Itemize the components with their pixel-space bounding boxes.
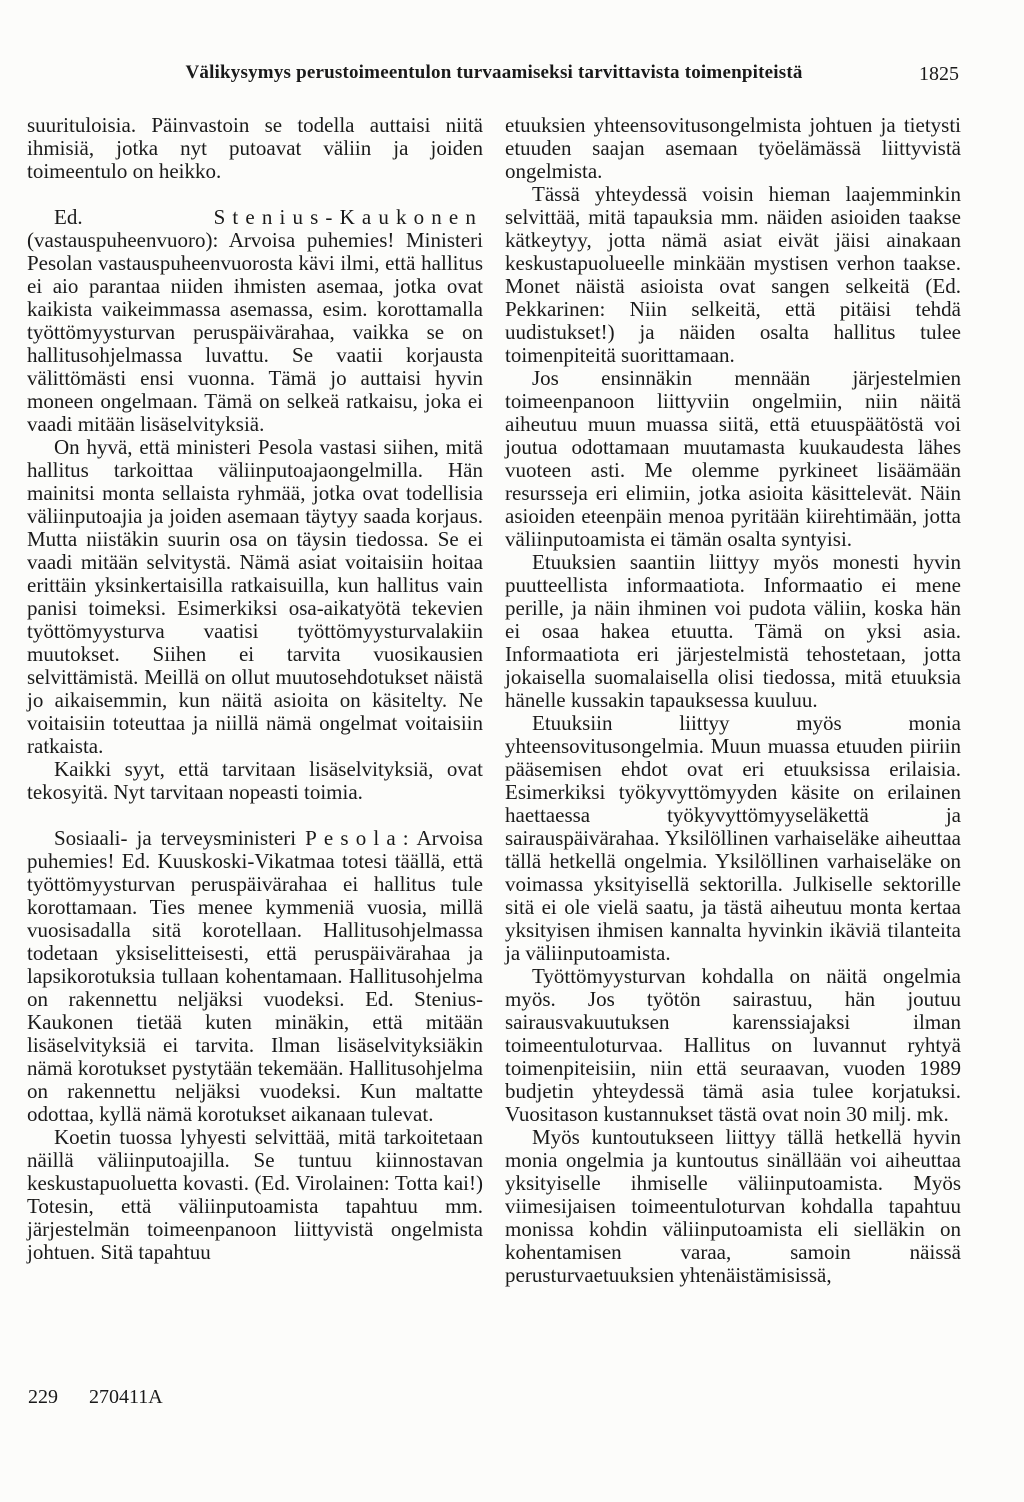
left-column: suurituloisia. Päinvastoin se todella au… [27, 114, 483, 1264]
paragraph: Jos ensinnäkin mennään järjestelmien toi… [505, 367, 961, 551]
text-run: suurituloisia. Päinvastoin se todella au… [27, 113, 483, 183]
text-run: Ed. [54, 205, 214, 229]
paragraph: Myös kuntoutukseen liittyy tällä hetkell… [505, 1126, 961, 1287]
text-run: : Arvoisa puhemies! Ed. Kuuskoski-Vikatm… [27, 826, 483, 1126]
text-run: Kaikki syyt, että tarvitaan lisäselvityk… [27, 757, 483, 804]
text-run: On hyvä, että ministeri Pesola vastasi s… [27, 435, 483, 758]
document-page: Välikysymys perustoimeentulon turvaamise… [0, 0, 1024, 1502]
speaker-name: Stenius-Kaukonen [214, 205, 483, 229]
text-run: Etuuksiin liittyy myös monia yhteensovit… [505, 711, 961, 965]
text-run: Myös kuntoutukseen liittyy tällä hetkell… [505, 1125, 961, 1287]
signature-number: 229 [28, 1386, 58, 1408]
paragraph: Etuuksiin liittyy myös monia yhteensovit… [505, 712, 961, 965]
text-run: (vastauspuheenvuoro): Arvoisa puhemies! … [27, 228, 483, 436]
print-code: 270411A [89, 1386, 163, 1408]
text-run: Tässä yhteydessä voisin hieman laajemmin… [505, 182, 961, 367]
speaker-name: Pesola [305, 826, 403, 850]
paragraph: Tässä yhteydessä voisin hieman laajemmin… [505, 183, 961, 367]
text-run: Työttömyysturvan kohdalla on näitä ongel… [505, 964, 961, 1126]
text-run: etuuksien yhteensovitusongelmista johtue… [505, 113, 961, 183]
paragraph: etuuksien yhteensovitusongelmista johtue… [505, 114, 961, 183]
paragraph: Työttömyysturvan kohdalla on näitä ongel… [505, 965, 961, 1126]
text-run: Jos ensinnäkin mennään järjestelmien toi… [505, 366, 961, 551]
paragraph: Koetin tuossa lyhyesti selvittää, mitä t… [27, 1126, 483, 1264]
page-header: Välikysymys perustoimeentulon turvaamise… [27, 62, 961, 88]
paragraph: Etuuksien saantiin liittyy myös monesti … [505, 551, 961, 712]
text-run: Koetin tuossa lyhyesti selvittää, mitä t… [27, 1125, 483, 1264]
paragraph: suurituloisia. Päinvastoin se todella au… [27, 114, 483, 183]
text-columns: suurituloisia. Päinvastoin se todella au… [27, 114, 961, 1287]
text-run: Sosiaali- ja terveysministeri [54, 826, 305, 850]
paragraph: Kaikki syyt, että tarvitaan lisäselvityk… [27, 758, 483, 804]
right-column: etuuksien yhteensovitusongelmista johtue… [505, 114, 961, 1287]
page-number: 1825 [919, 63, 959, 86]
paragraph: Ed. Stenius-Kaukonen (vastauspuheenvuoro… [27, 206, 483, 436]
paragraph: On hyvä, että ministeri Pesola vastasi s… [27, 436, 483, 758]
print-footer: 229 270411A [28, 1386, 163, 1409]
running-title: Välikysymys perustoimeentulon turvaamise… [27, 62, 961, 84]
text-run: Etuuksien saantiin liittyy myös monesti … [505, 550, 961, 712]
paragraph: Sosiaali- ja terveysministeri Pesola: Ar… [27, 827, 483, 1126]
